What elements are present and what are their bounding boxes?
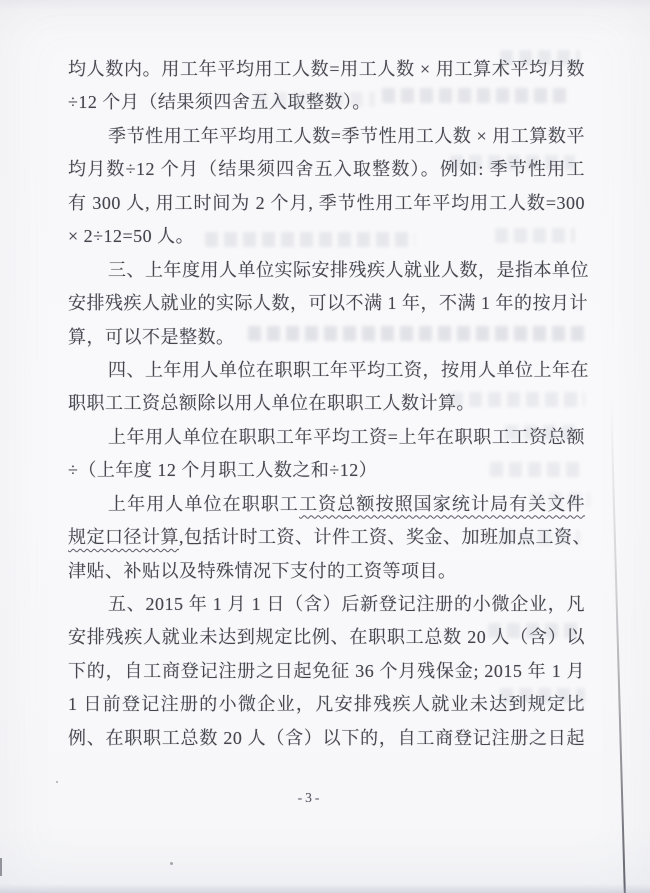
scan-speck [56, 781, 58, 783]
text-segment: 职职工工资总额除以用人单位在职职工人数计算。 [68, 393, 475, 413]
scan-speck [170, 862, 173, 865]
text-segment: 五、2015 年 1 月 1 日（含）后新登记注册的小微企业，凡 [108, 594, 585, 614]
text-segment: 三、上年度用人单位实际安排残疾人就业人数，是指本单位 [108, 260, 589, 280]
text-line: ÷（上年度 12 个月职工人数之和÷12） [68, 454, 585, 487]
text-line: 例、在职职工总数 20 人（含）以下的，自工商登记注册之日起 [68, 722, 585, 755]
text-segment: ÷（上年度 12 个月职工人数之和÷12） [68, 460, 377, 480]
text-line: 规定口径计算,包括计时工资、计件工资、奖金、加班加点工资、 [68, 521, 585, 554]
text-segment: 有 300 人, 用工时间为 2 个月, 季节性用工年平均用工人数=300 [68, 193, 585, 213]
hand-underline: 规定口径计算 [68, 527, 179, 547]
text-line: 算，可以不是整数。 [68, 321, 585, 354]
scanned-page: 均人数内。用工年平均用工人数=用工人数 × 用工算术平均月数÷12 个月（结果须… [0, 0, 650, 893]
text-segment: × 2÷12=50 人。 [68, 226, 194, 246]
text-line: ÷12 个月（结果须四舍五入取整数）。 [68, 86, 585, 119]
text-segment: 上年用人单位在职职工年平均工资=上年在职职工工资总额 [108, 427, 585, 447]
text-line: 下的，自工商登记注册之日起免征 36 个月残保金; 2015 年 1 月 [68, 655, 585, 688]
text-line: 三、上年度用人单位实际安排残疾人就业人数，是指本单位 [68, 254, 585, 287]
scan-bottom-band [0, 884, 650, 893]
text-line: 五、2015 年 1 月 1 日（含）后新登记注册的小微企业，凡 [68, 588, 585, 621]
scan-edge-line [610, 400, 626, 893]
page-number: -3- [288, 790, 332, 806]
text-segment: 季节性用工年平均用工人数=季节性用工人数 × 用工算数平 [108, 126, 585, 146]
text-segment: 四、上年用人单位在职职工年平均工资，按用人单位上年在 [108, 360, 589, 380]
text-line: 季节性用工年平均用工人数=季节性用工人数 × 用工算数平 [68, 120, 585, 153]
hand-underline: 工资总额按照国家统计局有关文件 [299, 494, 585, 514]
text-line: 四、上年用人单位在职职工年平均工资，按用人单位上年在 [68, 354, 585, 387]
document-text-block: 均人数内。用工年平均用工人数=用工人数 × 用工算术平均月数÷12 个月（结果须… [68, 53, 585, 755]
text-segment: 上年用人单位在职职工 [108, 494, 299, 514]
text-line: 安排残疾人就业的实际人数，可以不满 1 年，不满 1 年的按月计 [68, 287, 585, 320]
text-segment: 均月数÷12 个月（结果须四舍五入取整数）。例如: 季节性用工 [68, 159, 585, 179]
text-segment: ÷12 个月（结果须四舍五入取整数）。 [68, 92, 371, 112]
text-line: 有 300 人, 用工时间为 2 个月, 季节性用工年平均用工人数=300 [68, 187, 585, 220]
text-line: 均人数内。用工年平均用工人数=用工人数 × 用工算术平均月数 [68, 53, 585, 86]
text-segment: 例、在职职工总数 20 人（含）以下的，自工商登记注册之日起 [68, 728, 585, 748]
text-line: 上年用人单位在职职工年平均工资=上年在职职工工资总额 [68, 421, 585, 454]
text-line: 安排残疾人就业未达到规定比例、在职职工总数 20 人（含）以 [68, 621, 585, 654]
text-line: 上年用人单位在职职工工资总额按照国家统计局有关文件 [68, 488, 585, 521]
text-line: 职职工工资总额除以用人单位在职职工人数计算。 [68, 387, 585, 420]
text-line: 1 日前登记注册的小微企业，凡安排残疾人就业未达到规定比 [68, 688, 585, 721]
scan-left-mark [0, 858, 2, 876]
text-segment: 1 日前登记注册的小微企业，凡安排残疾人就业未达到规定比 [68, 694, 585, 714]
text-segment: 津贴、补贴以及特殊情况下支付的工资等项目。 [68, 561, 457, 581]
text-segment: 均人数内。用工年平均用工人数=用工人数 × 用工算术平均月数 [68, 59, 585, 79]
text-line: 津贴、补贴以及特殊情况下支付的工资等项目。 [68, 555, 585, 588]
text-segment: 算，可以不是整数。 [68, 327, 235, 347]
text-segment: 安排残疾人就业的实际人数，可以不满 1 年，不满 1 年的按月计 [68, 293, 588, 313]
text-line: 均月数÷12 个月（结果须四舍五入取整数）。例如: 季节性用工 [68, 153, 585, 186]
text-line: × 2÷12=50 人。 [68, 220, 585, 253]
text-segment: 安排残疾人就业未达到规定比例、在职职工总数 20 人（含）以 [68, 627, 585, 647]
text-segment: ,包括计时工资、计件工资、奖金、加班加点工资、 [179, 527, 591, 547]
text-segment: 下的，自工商登记注册之日起免征 36 个月残保金; 2015 年 1 月 [68, 661, 585, 681]
